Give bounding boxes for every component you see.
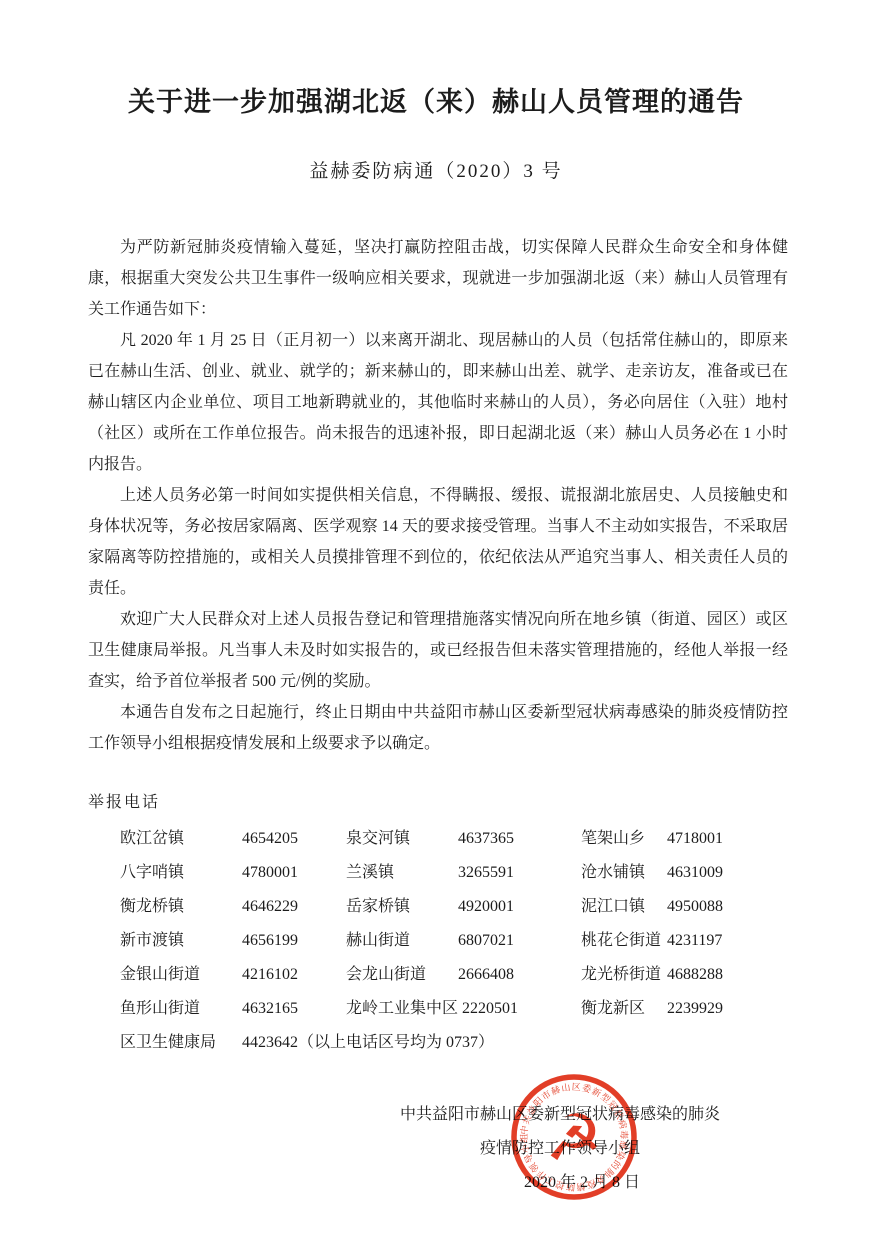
hotline-phone: 4231197	[667, 924, 812, 958]
hotline-phone: 4216102	[242, 958, 346, 992]
document-body: 为严防新冠肺炎疫情输入蔓延，坚决打赢防控阻击战，切实保障人民群众生命安全和身体健…	[88, 232, 788, 759]
hotline-name: 八字哨镇	[120, 856, 242, 890]
body-paragraph: 为严防新冠肺炎疫情输入蔓延，坚决打赢防控阻击战，切实保障人民群众生命安全和身体健…	[88, 232, 788, 325]
hotline-phone: 6807021	[458, 924, 581, 958]
hotline-phone	[458, 992, 581, 1026]
hotline-phone: 4632165	[242, 992, 346, 1026]
body-paragraph: 凡 2020 年 1 月 25 日（正月初一）以来离开湖北、现居赫山的人员（包括…	[88, 325, 788, 480]
hotline-phone: 4656199	[242, 924, 346, 958]
hotline-phone: 4646229	[242, 890, 346, 924]
hotline-phone: 4631009	[667, 856, 812, 890]
notice-document-page: 关于进一步加强湖北返（来）赫山人员管理的通告 益赫委防病通（2020）3 号 为…	[0, 0, 872, 1235]
hotline-name: 新市渡镇	[120, 924, 242, 958]
hotline-phone: 2239929	[667, 992, 812, 1026]
hotline-name: 桃花仑街道	[581, 924, 667, 958]
body-paragraph: 本通告自发布之日起施行，终止日期由中共益阳市赫山区委新型冠状病毒感染的肺炎疫情防…	[88, 697, 788, 759]
hotline-name: 泥江口镇	[581, 890, 667, 924]
hotline-phone: 4718001	[667, 822, 812, 856]
party-emblem-icon: ☭	[545, 1102, 602, 1176]
hotline-name: 欧江岔镇	[120, 822, 242, 856]
hotline-phone: 4780001	[242, 856, 346, 890]
hotline-name: 龙光桥街道	[581, 958, 667, 992]
hotline-name: 兰溪镇	[346, 856, 458, 890]
body-paragraph: 欢迎广大人民群众对上述人员报告登记和管理措施落实情况向所在地乡镇（街道、园区）或…	[88, 604, 788, 697]
document-number: 益赫委防病通（2020）3 号	[0, 158, 872, 185]
hotline-table: 欧江岔镇 4654205 泉交河镇 4637365 笔架山乡 4718001 八…	[120, 822, 812, 1060]
hotline-name: 金银山街道	[120, 958, 242, 992]
document-title: 关于进一步加强湖北返（来）赫山人员管理的通告	[40, 84, 832, 120]
hotline-name: 区卫生健康局	[120, 1026, 242, 1060]
hotline-name: 岳家桥镇	[346, 890, 458, 924]
hotline-phone: 4920001	[458, 890, 581, 924]
hotline-name: 赫山街道	[346, 924, 458, 958]
hotline-name: 沧水铺镇	[581, 856, 667, 890]
hotline-name: 衡龙桥镇	[120, 890, 242, 924]
hotline-name: 鱼形山街道	[120, 992, 242, 1026]
body-paragraph: 上述人员务必第一时间如实提供相关信息，不得瞒报、缓报、谎报湖北旅居史、人员接触史…	[88, 480, 788, 604]
hotline-name: 龙岭工业集中区 2220501	[346, 992, 458, 1026]
hotline-name: 衡龙新区	[581, 992, 667, 1026]
official-seal: 中共益阳市赫山区委新型冠状病毒感染的肺炎疫情防控工作领导小组 ☭	[489, 1052, 659, 1222]
hotline-name: 泉交河镇	[346, 822, 458, 856]
hotline-phone: 4654205	[242, 822, 346, 856]
hotline-name: 会龙山街道	[346, 958, 458, 992]
hotline-phone: 4637365	[458, 822, 581, 856]
hotline-phone: 4688288	[667, 958, 812, 992]
hotline-heading: 举报电话	[88, 787, 872, 818]
hotline-phone: 3265591	[458, 856, 581, 890]
hotline-phone: 4950088	[667, 890, 812, 924]
hotline-name: 笔架山乡	[581, 822, 667, 856]
hotline-phone: 2666408	[458, 958, 581, 992]
